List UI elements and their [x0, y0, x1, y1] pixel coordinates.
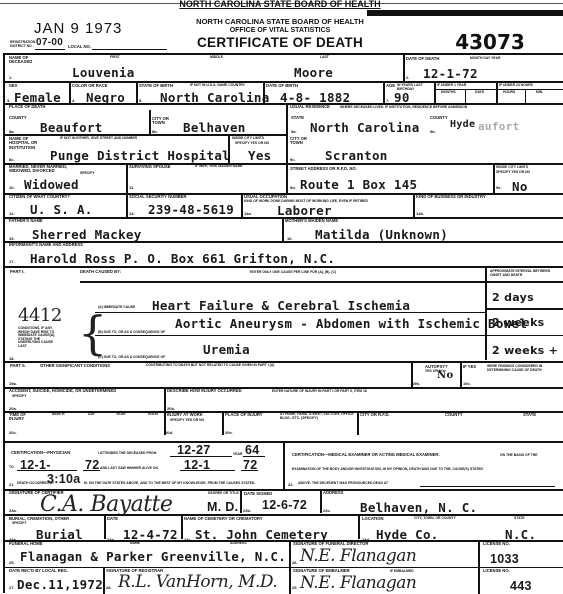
row-line	[3, 241, 563, 243]
location-state-label: STATE	[514, 517, 525, 521]
street-address-label: STREET ADDRESS OR R.F.D. No.	[290, 167, 357, 171]
divider	[465, 89, 466, 103]
item-8c: 8c.	[9, 157, 15, 162]
divider	[282, 217, 284, 241]
cemetery-label: NAME OF CEMETERY OR CREMATORY	[184, 517, 263, 521]
last-saw-label: AND LAST SAW HIM/HER ALIVE ON	[100, 467, 158, 471]
occupation-value: Laborer	[277, 203, 332, 218]
interval-b-value: 2 weeks	[492, 316, 545, 329]
cause-code-handwritten: 4412	[18, 305, 62, 326]
item-2: 2.	[406, 75, 409, 80]
city-town-label: CITY OR TOWN	[152, 117, 172, 126]
last-name-value: Moore	[294, 65, 333, 80]
funeral-director-signature: N.E. Flanagan	[300, 546, 416, 566]
hospital-value: Punge District Hospital	[50, 148, 230, 163]
item-9d: 9d.	[290, 185, 296, 190]
res-county-faded: aufort	[478, 120, 520, 133]
citizen-value: U. S. A.	[30, 202, 93, 217]
divider	[493, 163, 495, 193]
top-banner: NORTH CAROLINA STATE BOARD OF HEALTH	[150, 0, 410, 9]
me-note-2: EXAMINATION OF THE BODY AND/OR INVESTIGA…	[292, 468, 483, 472]
funeral-address-label: ADDRESS	[230, 542, 247, 546]
res-city-label: CITY OR TOWN	[290, 137, 310, 146]
time-of-injury-label: TIME OF INJURY	[9, 413, 29, 422]
divider	[357, 411, 359, 435]
local-underline	[92, 49, 167, 50]
on-date-stated-label: M. ON THE DATE STATED ABOVE, AND TO THE …	[84, 482, 255, 486]
usual-residence-note: WHERE DECEASED LIVED. IF INSTITUTION, RE…	[340, 106, 467, 110]
divider	[525, 89, 526, 103]
item-28: 28.	[106, 585, 112, 590]
interval-label: APPROXIMATE INTERVAL BETWEEN ONSET AND D…	[490, 270, 560, 277]
divider	[403, 55, 405, 81]
divider	[222, 411, 224, 435]
underline	[243, 456, 265, 457]
location-note: CITY, TOWN, OR COUNTY	[414, 517, 456, 521]
interval-c-value: 2 weeks +	[492, 344, 558, 357]
divider	[383, 81, 385, 103]
row-line	[80, 281, 563, 283]
row-line	[3, 103, 563, 105]
days-label: DAYS	[475, 91, 484, 95]
ssn-value: 239-48-5619	[148, 202, 234, 217]
row-line	[3, 266, 563, 268]
res-specify-label: SPECIFY YES OR NO	[496, 171, 530, 175]
registrar-signature: R.L. VanHorn, M.D.	[118, 572, 277, 592]
underline	[17, 470, 77, 471]
date-of-death-value: 12-1-72	[423, 66, 478, 81]
item-14b: 14b.	[416, 211, 424, 216]
degree-label: DEGREE OR TITLE	[208, 492, 239, 496]
spouse-label: SURVIVING SPOUSE	[129, 165, 171, 169]
item-20d: 20d.	[165, 430, 173, 435]
license-no-label: LICENSE NO.	[483, 542, 510, 546]
street-address-value: Route 1 Box 145	[300, 177, 417, 192]
conditions-note: CONDITIONS, IF ANY, WHICH GAVE RISE TO I…	[18, 327, 60, 348]
business-label: KIND OF BUSINESS OR INDUSTRY	[416, 195, 486, 199]
office-name: OFFICE OF VITAL STATISTICS	[180, 27, 380, 34]
place-of-injury-label: PLACE OF INJURY	[225, 413, 263, 417]
certificate-title: CERTIFICATE OF DEATH	[170, 35, 390, 50]
if-yes-label: IF YES	[463, 365, 476, 369]
degree-value: M. D.	[207, 500, 238, 514]
embalmer-signature: N.E. Flanagan	[300, 573, 416, 593]
item-20e: 20e.	[225, 430, 233, 435]
res-county-label: COUNTY	[430, 116, 448, 120]
res-state-value: North Carolina	[310, 120, 420, 135]
other-conditions-label: OTHER SIGNIFICANT CONDITIONS	[40, 364, 110, 368]
accident-label: ACCIDENT, SUICIDE, HOMICIDE, OR UNDETERM…	[9, 389, 116, 393]
city-rfd-label: CITY OR R.F.D.	[360, 413, 390, 417]
injury-day-label: DAY	[88, 413, 95, 417]
ssn-label: SOCIAL SECURITY NUMBER	[129, 195, 187, 199]
attended-from-year-value: 64	[245, 443, 260, 457]
res-city-value: Scranton	[325, 148, 388, 163]
divider	[181, 514, 183, 539]
item-11: 11.	[129, 185, 134, 190]
burial-date-label: DATE	[107, 517, 118, 521]
describe-injury-note: ENTER NATURE OF INJURY IN PART I OR PART…	[272, 390, 367, 394]
row-line	[95, 335, 563, 336]
item-29: 29.	[292, 585, 298, 590]
res-county-value: Hyde	[450, 119, 475, 130]
first-label: FIRST	[110, 56, 120, 60]
divider	[496, 81, 498, 103]
divider	[358, 514, 360, 539]
part1-label: PART I.	[10, 270, 25, 274]
item-9a: 9a.	[291, 129, 297, 134]
injury-year-label: YEAR	[116, 413, 125, 417]
cause-b-value: Aortic Aneurysm - Abdomen with Ischemic …	[175, 316, 527, 331]
underline	[241, 470, 258, 471]
item-21: 21	[9, 482, 13, 487]
brace: {	[78, 310, 107, 356]
hospital-note: IF NOT IN EITHER, GIVE STREET AND NUMBER	[60, 137, 137, 141]
enter-one-cause-note: ENTER ONLY ONE CAUSE PER LINE FOR (a), (…	[250, 271, 336, 275]
from-year-label: YEAR	[233, 453, 242, 457]
dob-label: DATE OF BIRTH	[266, 84, 298, 88]
divider	[126, 163, 128, 193]
mother-label: MOTHER'S MAIDEN NAME	[285, 219, 338, 223]
attended-from-value: 12-27	[177, 443, 210, 457]
hours-label: HOURS	[503, 91, 515, 95]
marital-label: MARRIED, NEVER MARRIED, WIDOWED, DIVORCE…	[9, 165, 89, 174]
father-value: Sherred Mackey	[32, 227, 142, 242]
res-state-label: STATE	[291, 116, 304, 120]
under-1-year-label: IF UNDER 1 YEAR	[437, 84, 466, 88]
injury-work-specify: SPECIFY YES OR NO	[170, 419, 204, 423]
accident-specify: SPECIFY	[12, 395, 27, 399]
divider	[126, 193, 128, 217]
informant-value: Harold Ross P. O. Box 661 Grifton, N.C.	[30, 251, 335, 266]
item-17: 17.	[9, 259, 15, 264]
item-12: 12.	[9, 211, 15, 216]
divider	[434, 81, 436, 103]
item-20c: 20c.	[9, 430, 17, 435]
district-number: 07-00	[36, 37, 63, 48]
place-of-injury-note: AT HOME, FARM, STREET, FACTORY, OFFICE B…	[280, 413, 355, 420]
interval-a-value: 2 days	[492, 291, 534, 304]
embalmer-license-value: 443	[510, 579, 532, 593]
board-name: NORTH CAROLINA STATE BOARD OF HEALTH	[180, 17, 380, 26]
black-bar	[367, 10, 563, 16]
last-label: LAST	[320, 56, 329, 60]
divider	[263, 81, 265, 103]
item-9e: 9e.	[496, 185, 502, 190]
father-label: FATHER'S NAME	[9, 219, 43, 223]
citizen-label: CITIZEN OF WHAT COUNTRY?	[9, 195, 70, 199]
item-25: 25.	[9, 560, 15, 565]
certificate-number: 43073	[450, 30, 530, 54]
usual-residence-label: USUAL RESIDENCE	[290, 105, 330, 109]
item-23a: 23a.	[9, 508, 17, 513]
item-9b: 9b.	[430, 129, 436, 134]
if-not-usa-label: IF NOT IN U.S.A. NAME COUNTRY	[190, 84, 245, 88]
age-label: AGE	[386, 84, 395, 88]
date-received-value: Dec.11,1972	[17, 577, 103, 592]
divider	[228, 134, 230, 163]
frame-top	[3, 53, 563, 55]
divider	[286, 103, 288, 193]
item-23b: 23b.	[243, 508, 251, 513]
item-19a: 19a.	[9, 381, 17, 386]
divider	[241, 193, 243, 217]
item-1: 1.	[9, 75, 12, 80]
district-underline	[35, 49, 65, 50]
state-of-birth-label: STATE OF BIRTH	[139, 84, 173, 88]
divider	[283, 441, 285, 489]
to-label: TO	[9, 466, 14, 470]
months-label: MONTHS	[441, 91, 456, 95]
under-24-hours-label: IF UNDER 24 HOURS	[499, 84, 533, 88]
certifier-address-value: Belhaven, N. C.	[360, 500, 477, 515]
funeral-name-label: NAME	[130, 542, 140, 546]
month-day-year-label: MONTH DAY YEAR	[470, 57, 500, 61]
date-of-death-label: DATE OF DEATH	[406, 57, 439, 61]
divider	[69, 81, 71, 103]
injury-at-work-label: INJURY AT WORK	[167, 413, 203, 417]
underline	[170, 456, 232, 457]
row-line	[3, 489, 563, 491]
divider	[149, 110, 151, 134]
describe-injury-label: DESCRIBE HOW INJURY OCCURRED	[167, 389, 242, 393]
sex-label: SEX	[9, 84, 17, 88]
funeral-home-label: FUNERAL HOME	[9, 542, 43, 546]
received-stamp: JAN 9 1973	[34, 20, 122, 37]
underline	[420, 486, 555, 487]
row-line	[95, 312, 485, 313]
item-27: 27.	[9, 585, 15, 590]
address-label: ADDRESS	[323, 491, 343, 495]
cert-me-label: CERTIFICATION—MEDICAL EXAMINER OR ACTING…	[292, 453, 440, 457]
mother-value: Matilda (Unknown)	[315, 227, 448, 242]
date-signed-value: 12-6-72	[262, 498, 307, 512]
autopsy-value: No	[437, 370, 453, 381]
county-label: COUNTY	[9, 116, 27, 120]
due-to-c-label: (c) DUE TO, OR AS A CONSEQUENCE OF	[98, 356, 165, 360]
item-13: 13.	[129, 211, 135, 216]
race-label: COLOR OR RACE	[72, 84, 108, 88]
date-signed-label: DATE SIGNED	[244, 492, 272, 496]
divider	[104, 514, 106, 539]
name-label: NAME OF DECEASED	[9, 56, 39, 65]
item-14a: 14a.	[244, 211, 252, 216]
local-no-label: LOCAL NO.	[68, 45, 91, 49]
me-note-3: ABOVE. THE DECEDENT WAS PRONOUNCED DEAD …	[298, 482, 388, 486]
item-19c: 19c.	[463, 381, 471, 386]
injury-state-label: STATE	[523, 413, 536, 417]
funeral-license-value: 1033	[490, 552, 519, 566]
death-time-value: 3:10a	[47, 472, 80, 486]
item-10: 10.	[9, 185, 15, 190]
divider	[136, 81, 138, 103]
divider	[460, 361, 462, 387]
cause-c-value: Uremia	[203, 342, 250, 357]
location-label: LOCATION	[362, 517, 384, 521]
row-line	[485, 308, 563, 310]
place-of-death-label: PLACE OF DEATH	[9, 105, 45, 109]
registration-label: REGISTRATION DISTRICT NO.	[10, 41, 36, 48]
item-26: 26.	[292, 560, 298, 565]
spouse-note: IF WIFE, GIVE MAIDEN NAME	[195, 165, 243, 169]
cert-physician-label: CERTIFICATION—PHYSICIAN:	[11, 451, 71, 455]
embalmer-license-label: LICENSE NO.	[483, 569, 510, 573]
hospital-label: NAME OF HOSPITAL OR INSTITUTION	[9, 137, 49, 150]
item-9c: 9c.	[290, 157, 296, 162]
other-conditions-note: CONTRIBUTING TO DEATH BUT NOT RELATED TO…	[146, 364, 274, 368]
item-22: 22.	[288, 482, 294, 487]
min-label: MIN.	[536, 91, 543, 95]
item-19b: 19b.	[412, 381, 420, 386]
injury-county-label: COUNTY	[445, 413, 463, 417]
marital-value: Widowed	[24, 177, 79, 192]
attended-from-label: I ATTENDED THE DECEASED FROM	[98, 452, 156, 456]
underline	[83, 470, 100, 471]
divider	[103, 567, 105, 594]
row-line	[3, 514, 563, 516]
res-inside-city-value: No	[512, 179, 528, 194]
inside-city-limits-value: Yes	[248, 148, 271, 163]
me-note-1: ON THE BASIS OF THE	[500, 454, 538, 458]
injury-month-label: MONTH	[52, 413, 64, 417]
middle-label: MIDDLE	[210, 56, 223, 60]
date-received-label: DATE REC'D BY LOCAL REG.	[9, 569, 68, 573]
death-county-value: Beaufort	[40, 120, 103, 135]
item-23c: 23c.	[323, 508, 331, 513]
injury-hour-label: HOUR	[148, 413, 158, 417]
death-caused-by-label: DEATH CAUSED BY:	[80, 270, 121, 274]
divider	[240, 489, 242, 513]
death-city-value: Belhaven	[183, 120, 246, 135]
burial-specify: SPECIFY	[12, 522, 27, 526]
informant-label: INFORMANT'S NAME AND ADDRESS	[9, 243, 83, 247]
divider	[413, 193, 415, 217]
funeral-home-value: Flanagan & Parker Greenville, N.C.	[20, 549, 286, 564]
underline	[180, 470, 235, 471]
specify-yes-no-label: SPECIFY YES OR NO	[235, 142, 269, 146]
findings-note: WERE FINDINGS CONSIDERED IN DETERMINING …	[487, 365, 559, 372]
row-line	[3, 567, 563, 568]
divider	[320, 489, 322, 513]
divider	[164, 387, 166, 411]
part2-label: PART II.	[10, 364, 26, 368]
specify-label: SPECIFY	[80, 172, 95, 176]
cause-a-value: Heart Failure & Cerebral Ischemia	[152, 298, 410, 313]
first-name-value: Louvenia	[72, 65, 135, 80]
